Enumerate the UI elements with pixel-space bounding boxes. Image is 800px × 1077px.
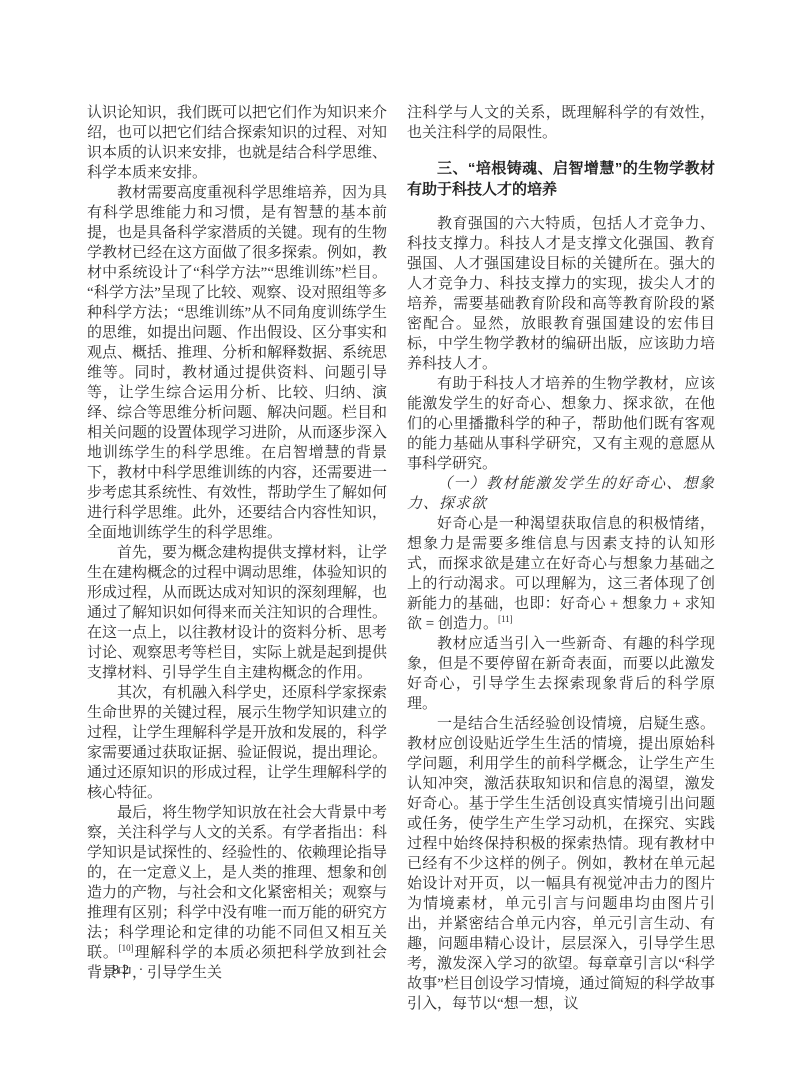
subsection-heading: （一）教材能激发学生的好奇心、想象力、探求欲 <box>407 474 715 514</box>
paragraph-text: 最后，将生物学知识放在社会大背景中考察，关注科学与人文的关系。有学者指出：科学知… <box>87 805 387 961</box>
section-heading: 三、“培根铸魂、启智增慧”的生物学教材有助于科技人才的培养 <box>407 158 715 200</box>
footnote-reference: [11] <box>498 614 513 624</box>
page-number: · 82 · <box>98 963 146 979</box>
body-paragraph: 好奇心是一种渴望获取信息的积极情绪，想象力是需要多维信息与因素支持的认知形式，而… <box>407 514 715 634</box>
paragraph-text: 好奇心是一种渴望获取信息的积极情绪，想象力是需要多维信息与因素支持的认知形式，而… <box>407 516 715 632</box>
body-paragraph: 一是结合生活经验创设情境，启疑生惑。教材应创设贴近学生生活的情境，提出原始科学问… <box>407 714 715 1014</box>
body-paragraph: 其次，有机融入科学史，还原科学家探索生命世界的关键过程，展示生物学知识建立的过程… <box>87 683 387 803</box>
body-paragraph: 注科学与人文的关系，既理解科学的有效性，也关注科学的局限性。 <box>407 103 715 143</box>
right-column: 注科学与人文的关系，既理解科学的有效性，也关注科学的局限性。 三、“培根铸魂、启… <box>407 103 715 1014</box>
body-paragraph: 最后，将生物学知识放在社会大背景中考察，关注科学与人文的关系。有学者指出：科学知… <box>87 803 387 983</box>
body-paragraph: 教材应适当引入一些新奇、有趣的科学现象，但是不要停留在新奇表面，而要以此激发好奇… <box>407 634 715 714</box>
body-paragraph: 首先，要为概念建构提供支撑材料，让学生在建构概念的过程中调动思维，体验知识的形成… <box>87 543 387 683</box>
body-paragraph: 教材需要高度重视科学思维培养，因为具有科学思维能力和习惯，是有智慧的基本前提，也… <box>87 183 387 543</box>
left-column: 认识论知识，我们既可以把它们作为知识来介绍，也可以把它们结合探索知识的过程、对知… <box>87 103 387 983</box>
journal-page: 认识论知识，我们既可以把它们作为知识来介绍，也可以把它们结合探索知识的过程、对知… <box>0 0 800 1077</box>
body-paragraph: 认识论知识，我们既可以把它们作为知识来介绍，也可以把它们结合探索知识的过程、对知… <box>87 103 387 183</box>
body-paragraph: 教育强国的六大特质，包括人才竞争力、科技支撑力。科技人才是支撑文化强国、教育强国… <box>407 214 715 374</box>
body-paragraph: 有助于科技人才培养的生物学教材，应该能激发学生的好奇心、想象力、探求欲，在他们的… <box>407 374 715 474</box>
footnote-reference: [10] <box>119 943 134 953</box>
